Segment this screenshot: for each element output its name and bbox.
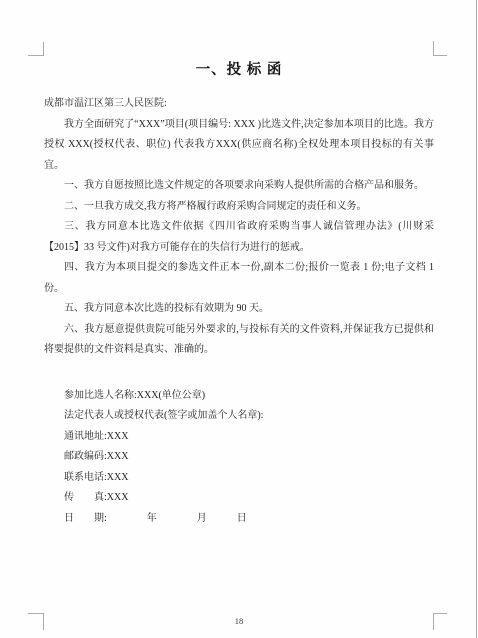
signature-line-postal-code: 邮政编码:XXX bbox=[44, 447, 434, 468]
letter-body: 成都市温江区第三人民医院: 我方全面研究了“XXX”项目(项目编号: XXX )… bbox=[44, 94, 434, 529]
paragraph: 四、我方为本项目提交的参选文件正本一份,副本二份;报价一览表 1 份;电子文档 … bbox=[44, 258, 434, 299]
signature-line-fax: 传 真:XXX bbox=[44, 488, 434, 509]
crop-mark-top-right bbox=[433, 41, 447, 56]
signature-line-legal-representative: 法定代表人或授权代表(签字或加盖个人名章): bbox=[44, 406, 434, 427]
page-title: 一、投 标 函 bbox=[44, 58, 434, 79]
crop-mark-top-left bbox=[28, 42, 44, 56]
signature-line-bidder-name: 参加比选人名称:XXX(单位公章) bbox=[44, 386, 434, 407]
paragraph: 我方全面研究了“XXX”项目(项目编号: XXX )比选文件,决定参加本项目的比… bbox=[44, 115, 434, 177]
paragraph: 三、我方同意本比选文件依据《四川省政府采购当事人诚信管理办法》(川财采【2015… bbox=[44, 217, 434, 258]
paragraph: 六、我方愿意提供贵院可能另外要求的,与投标有关的文件资料,并保证我方已提供和将要… bbox=[44, 320, 434, 361]
paragraph: 五、我方同意本次比选的投标有效期为 90 天。 bbox=[44, 299, 434, 320]
signature-line-phone: 联系电话:XXX bbox=[44, 468, 434, 489]
signature-line-address: 通讯地址:XXX bbox=[44, 427, 434, 448]
page-edge-line bbox=[476, 0, 477, 638]
paragraph: 二、一旦我方成交,我方将严格履行政府采购合同规定的责任和义务。 bbox=[44, 197, 434, 218]
paragraph: 一、我方自愿按照比选文件规定的各项要求向采购人提供所需的合格产品和服务。 bbox=[44, 176, 434, 197]
signature-block: 参加比选人名称:XXX(单位公章) 法定代表人或授权代表(签字或加盖个人名章):… bbox=[44, 386, 434, 530]
document-page: 一、投 标 函 成都市温江区第三人民医院: 我方全面研究了“XXX”项目(项目编… bbox=[0, 0, 478, 638]
signature-line-date: 日 期: 年 月 日 bbox=[44, 509, 434, 530]
salutation: 成都市温江区第三人民医院: bbox=[44, 94, 434, 115]
page-number: 18 bbox=[0, 616, 478, 626]
